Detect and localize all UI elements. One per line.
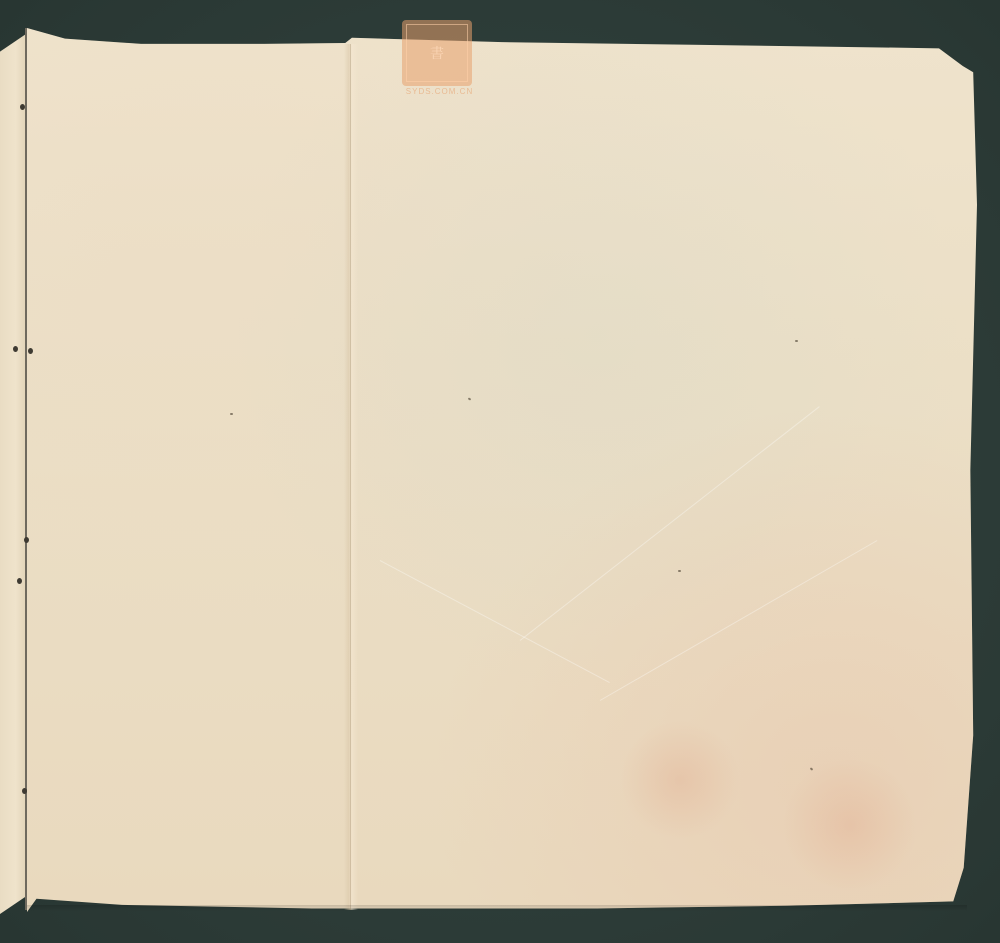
binding-hole: [28, 348, 33, 354]
page-fold: [344, 44, 358, 910]
page-fold-line: [350, 44, 351, 910]
watermark-caption: SYDS.COM.CN: [402, 87, 477, 96]
binding-hole: [17, 578, 22, 584]
paper-speck: [795, 340, 798, 342]
paper-stain: [620, 720, 740, 840]
binding-hole: [13, 346, 18, 352]
paper-speck: [230, 413, 233, 415]
binding-hole: [24, 537, 29, 543]
binding-hole: [22, 788, 27, 794]
paper-speck: [678, 570, 681, 572]
watermark-glyph: 書: [406, 24, 468, 82]
previous-page-edge: [0, 34, 26, 914]
watermark-seal: 書: [402, 20, 472, 86]
page-shadow: [27, 905, 967, 911]
paper-stain: [780, 760, 920, 890]
binding-hole: [20, 104, 25, 110]
binding-spine: [25, 28, 27, 910]
